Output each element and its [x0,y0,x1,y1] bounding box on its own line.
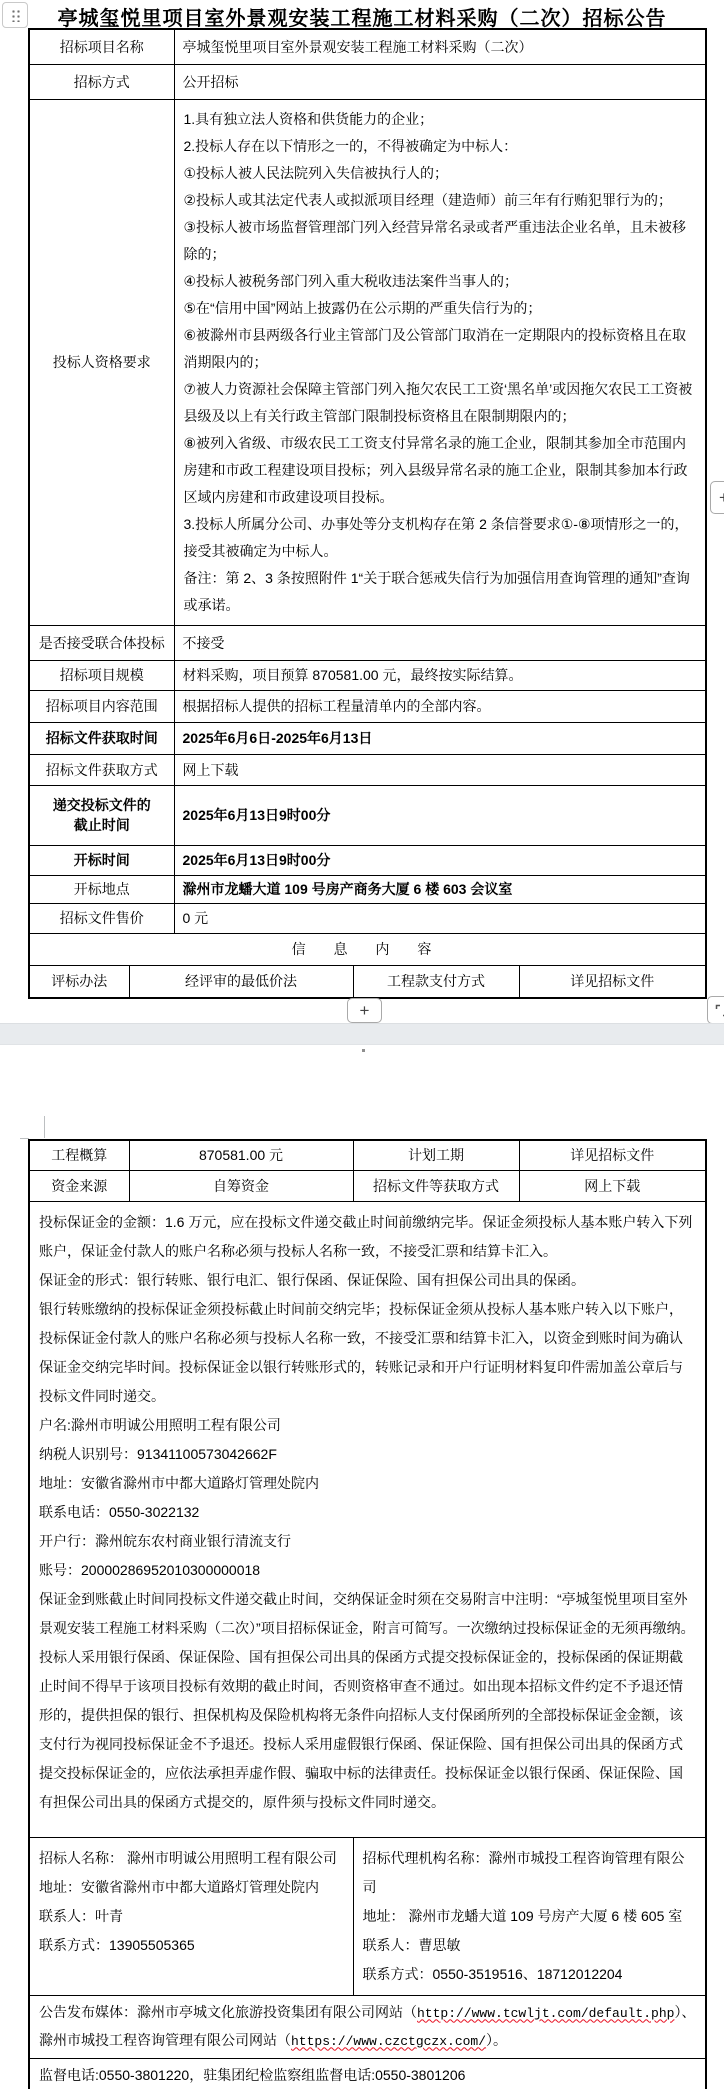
table-row: 开标时间 2025年6月13日9时00分 [29,845,706,875]
table-row-budget: 工程概算 870581.00 元 计划工期 详见招标文件 [29,1140,706,1170]
table-row: 招标方式 公开招标 [29,64,706,99]
row-value: 0 元 [174,903,706,933]
media-link-czctgczx[interactable]: https://www.czctgczx.com/ [291,2034,486,2049]
agency-contact-person: 联系人：曹思敏 [363,1931,697,1960]
supervision-phone: 监督电话:0550-3801220，驻集团纪检监察组监督电话:0550-3801… [29,2058,706,2089]
row-label: 投标人资格要求 [29,99,174,625]
agency-phone: 联系方式：0550-3519516、18712012204 [363,1960,697,1989]
plus-icon: + [360,1002,370,1019]
row-value: 材料采购，项目预算 870581.00 元，最终按实际结算。 [174,660,706,690]
qualification-line: 备注：第 2、3 条按照附件 1“关于联合惩戒失信行为加强信用查询管理的通知”查… [184,565,697,619]
table-row-contacts: 招标人名称： 滁州市明诚公用照明工程有限公司 地址：安徽省滁州市中都大道路灯管理… [29,1837,706,1995]
table-row: 招标文件获取方式 网上下载 [29,754,706,785]
table-row: 开标地点 滁州市龙蟠大道 109 号房产商务大厦 6 楼 603 会议室 [29,875,706,903]
table-row: 招标项目内容范围 根据招标人提供的招标工程量清单内的全部内容。 [29,690,706,722]
row-label: 招标项目内容范围 [29,690,174,722]
bidder-contact-person: 联系人：叶青 [39,1902,344,1931]
row-label-line1: 递交投标文件的 [32,795,172,815]
qualification-line: 1.具有独立法人资格和供货能力的企业； [184,106,697,133]
deposit-line: 投标人采用银行保函、保证保险、国有担保公司出具的保函方式提交投标保证金的，投标保… [39,1643,696,1817]
qualification-line: ⑥被滁州市县两级各行业主管部门及公管部门取消在一定期限内的投标资格且在取消期限内… [184,322,697,376]
row-label: 招标方式 [29,64,174,99]
row-label: 递交投标文件的 截止时间 [29,785,174,845]
qualification-line: ⑧被列入省级、市级农民工工资支付异常名录的施工企业，限制其参加全市范围内房建和市… [184,430,697,511]
table-row: 招标文件获取时间 2025年6月6日-2025年6月13日 [29,722,706,754]
deposit-line: 投标保证金的金额：1.6 万元，应在投标文件递交截止时间前缴纳完毕。保证金须投标… [39,1208,696,1266]
agency-address: 地址： 滁州市龙蟠大道 109 号房产大厦 6 楼 605 室 [363,1902,697,1931]
table-row-funding: 资金来源 自筹资金 招标文件等获取方式 网上下载 [29,1170,706,1201]
bidder-name: 招标人名称： 滁州市明诚公用照明工程有限公司 [39,1844,344,1873]
schedule-value: 详见招标文件 [519,1140,706,1170]
row-label: 招标项目规模 [29,660,174,690]
table-row: 招标文件售价 0 元 [29,903,706,933]
table-row: 招标项目规模 材料采购，项目预算 870581.00 元，最终按实际结算。 [29,660,706,690]
qualification-line: ①投标人被人民法院列入失信被执行人的； [184,160,697,187]
row-label: 招标项目名称 [29,29,174,64]
doc-access-value: 网上下载 [519,1170,706,1201]
deposit-contact-table: 工程概算 870581.00 元 计划工期 详见招标文件 资金来源 自筹资金 招… [28,1139,707,2089]
row-label: 招标文件售价 [29,903,174,933]
bidder-address: 地址：安徽省滁州市中都大道路灯管理处院内 [39,1873,344,1902]
side-add-button[interactable]: + [710,481,724,514]
deposit-line: 保证金的形式：银行转账、银行电汇、银行保函、保证保险、国有担保公司出具的保函。 [39,1266,696,1295]
payment-method-label: 工程款支付方式 [353,965,519,998]
schedule-label: 计划工期 [353,1140,519,1170]
eval-method-label: 评标办法 [29,965,129,998]
expand-button[interactable] [707,996,724,1024]
deposit-line: 保证金到账截止时间同投标文件递交截止时间，交纳保证金时须在交易附言中注明：“亭城… [39,1585,696,1643]
qualification-text: 1.具有独立法人资格和供货能力的企业； 2.投标人存在以下情形之一的，不得被确定… [174,99,706,625]
table-row-info-header: 信 息 内 容 [29,933,706,965]
page-separator [0,1023,724,1045]
insert-content-button[interactable]: + [347,998,382,1023]
row-value: 亭城玺悦里项目室外景观安装工程施工材料采购（二次） [174,29,706,64]
table-row: 招标项目名称 亭城玺悦里项目室外景观安装工程施工材料采购（二次） [29,29,706,64]
document-viewer-page: + 亭城玺悦里项目室外景观安装工程施工材料采购（二次）招标公告 招标项目名称 亭… [0,0,724,2089]
budget-label: 工程概算 [29,1140,129,1170]
agency-contact-block: 招标代理机构名称：滁州市城投工程咨询管理有限公司 地址： 滁州市龙蟠大道 109… [353,1837,706,1995]
funding-value: 自筹资金 [129,1170,353,1201]
deposit-text: 投标保证金的金额：1.6 万元，应在投标文件递交截止时间前缴纳完毕。保证金须投标… [29,1201,706,1837]
row-value: 滁州市龙蟠大道 109 号房产商务大厦 6 楼 603 会议室 [174,875,706,903]
table-row: 递交投标文件的 截止时间 2025年6月13日9时00分 [29,785,706,845]
table-row: 是否接受联合体投标 不接受 [29,625,706,660]
row-label: 开标时间 [29,845,174,875]
media-text: 公告发布媒体：滁州市亭城文化旅游投资集团有限公司网站（ [39,2004,417,2020]
media-link-tcwljt[interactable]: http://www.tcwljt.com/default.php [417,2006,674,2021]
row-label: 招标文件获取方式 [29,754,174,785]
row-value: 2025年6月6日-2025年6月13日 [174,722,706,754]
announcement-media: 公告发布媒体：滁州市亭城文化旅游投资集团有限公司网站（http://www.tc… [29,1995,706,2058]
row-label: 招标文件获取时间 [29,722,174,754]
eval-method-value: 经评审的最低价法 [129,965,353,998]
row-value: 公开招标 [174,64,706,99]
qualification-line: 2.投标人存在以下情形之一的，不得被确定为中标人： [184,133,697,160]
info-content-header: 信 息 内 容 [29,933,706,965]
row-label-line2: 截止时间 [32,815,172,835]
deposit-line: 户名:滁州市明诚公用照明工程有限公司 [39,1411,696,1440]
qualification-line: ⑦被人力资源社会保障主管部门列入拖欠农民工工资‘黑名单’或因拖欠农民工工资被县级… [184,376,697,430]
plus-icon: + [719,489,724,506]
deposit-line: 账号：20000286952010300000018 [39,1556,696,1585]
deposit-line: 开户行：滁州皖东农村商业银行清流支行 [39,1527,696,1556]
row-label: 是否接受联合体投标 [29,625,174,660]
budget-value: 870581.00 元 [129,1140,353,1170]
paragraph-mark [362,1049,365,1052]
row-value: 2025年6月13日9时00分 [174,785,706,845]
media-text: ）。 [486,2032,507,2048]
bidder-contact-block: 招标人名称： 滁州市明诚公用照明工程有限公司 地址：安徽省滁州市中都大道路灯管理… [29,1837,353,1995]
page-margin-mark-vertical [44,1116,45,1138]
row-value: 不接受 [174,625,706,660]
table-row-supervision: 监督电话:0550-3801220，驻集团纪检监察组监督电话:0550-3801… [29,2058,706,2089]
deposit-line: 地址：安徽省滁州市中都大道路灯管理处院内 [39,1469,696,1498]
tender-info-table: 招标项目名称 亭城玺悦里项目室外景观安装工程施工材料采购（二次） 招标方式 公开… [28,28,707,999]
qualification-line: 3.投标人所属分公司、办事处等分支机构存在第 2 条信誉要求①-⑧项情形之一的，… [184,511,697,565]
agency-name: 招标代理机构名称：滁州市城投工程咨询管理有限公司 [363,1844,697,1902]
table-row-evaluation: 评标办法 经评审的最低价法 工程款支付方式 详见招标文件 [29,965,706,998]
row-value: 根据招标人提供的招标工程量清单内的全部内容。 [174,690,706,722]
page-title: 亭城玺悦里项目室外景观安装工程施工材料采购（二次）招标公告 [0,2,724,31]
qualification-line: ③投标人被市场监督管理部门列入经营异常名录或者严重违法企业名单，且未被移除的； [184,214,697,268]
payment-method-value: 详见招标文件 [519,965,706,998]
doc-access-label: 招标文件等获取方式 [353,1170,519,1201]
table-row-media: 公告发布媒体：滁州市亭城文化旅游投资集团有限公司网站（http://www.tc… [29,1995,706,2058]
corner-brackets-icon [715,1004,724,1017]
qualification-line: ④投标人被税务部门列入重大税收违法案件当事人的； [184,268,697,295]
deposit-line: 联系电话：0550-3022132 [39,1498,696,1527]
deposit-line: 银行转账缴纳的投标保证金须投标截止时间前交纳完毕；投标保证金须从投标人基本账户转… [39,1295,696,1411]
table-row-qualification: 投标人资格要求 1.具有独立法人资格和供货能力的企业； 2.投标人存在以下情形之… [29,99,706,625]
row-label: 开标地点 [29,875,174,903]
funding-label: 资金来源 [29,1170,129,1201]
bidder-phone: 联系方式：13905505365 [39,1931,344,1960]
qualification-line: ⑤在“信用中国”网站上披露仍在公示期的严重失信行为的； [184,295,697,322]
qualification-line: ②投标人或其法定代表人或拟派项目经理（建造师）前三年有行贿犯罪行为的； [184,187,697,214]
table-row-deposit: 投标保证金的金额：1.6 万元，应在投标文件递交截止时间前缴纳完毕。保证金须投标… [29,1201,706,1837]
row-value: 2025年6月13日9时00分 [174,845,706,875]
row-value: 网上下载 [174,754,706,785]
deposit-line: 纳税人识别号：91341100573042662F [39,1440,696,1469]
